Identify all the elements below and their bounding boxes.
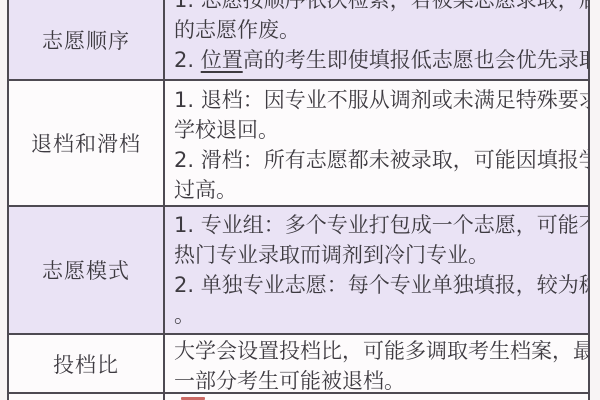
admissions-terms-table: 志愿顺序 1. 志愿按顺序依次检索，若被某志愿录取，后面 的志愿作废。 2. 位… xyxy=(7,0,590,400)
definition-line: 热门专业录取而调剂到冷门专业。 xyxy=(174,240,588,270)
definition-lines: 1. 志愿按顺序依次检索，若被某志愿录取，后面 的志愿作废。 2. 位置高的考生… xyxy=(174,0,588,75)
table-row: 志愿顺序 1. 志愿按顺序依次检索，若被某志愿录取，后面 的志愿作废。 2. 位… xyxy=(9,0,588,81)
term-cell: 志愿模式 xyxy=(9,207,165,333)
definition-line: 2. 滑档：所有志愿都未被录取，可能因填报学校 xyxy=(174,145,588,175)
definition-cell: 1. 志愿按顺序依次检索，若被某志愿录取，后面 的志愿作废。 2. 位置高的考生… xyxy=(165,0,588,79)
definition-cell: 大学会设置投档比，可能多调取考生档案，最后 一部分考生可能被退档。 xyxy=(165,335,588,392)
definition-line: 1. 专业组：多个专业打包成一个志愿，可能不被 xyxy=(174,210,588,240)
definition-line: 的志愿作废。 xyxy=(174,15,588,45)
definition-line: 2. 单独专业志愿：每个专业单独填报，较为稳定 xyxy=(174,270,588,300)
definition-cell: 1. 专业组：多个专业打包成一个志愿，可能不被 热门专业录取而调剂到冷门专业。 … xyxy=(165,207,588,333)
term-cell xyxy=(9,394,165,400)
table-row: 投档比 大学会设置投档比，可能多调取考生档案，最后 一部分考生可能被退档。 xyxy=(9,335,588,394)
definition-line: 大学会设置投档比，可能多调取考生档案，最后 xyxy=(174,336,588,366)
admissions-terms-page: 志愿顺序 1. 志愿按顺序依次检索，若被某志愿录取，后面 的志愿作废。 2. 位… xyxy=(0,0,600,400)
table-row: 志愿模式 1. 专业组：多个专业打包成一个志愿，可能不被 热门专业录取而调剂到冷… xyxy=(9,207,588,335)
term-cell: 投档比 xyxy=(9,335,165,392)
definition-line: 。 xyxy=(174,300,588,330)
definition-line: 一部分考生可能被退档。 xyxy=(174,366,588,392)
underlined-text: 位置 xyxy=(201,48,243,72)
definition-line: 过高。 xyxy=(174,175,588,205)
table-row-cutoff xyxy=(9,394,588,400)
definition-cell xyxy=(165,394,588,400)
term-cell: 志愿顺序 xyxy=(9,0,165,79)
definition-cell: 1. 退档：因专业不服从调剂或未满足特殊要求被 学校退回。 2. 滑档：所有志愿… xyxy=(165,81,588,205)
definition-line: 1. 退档：因专业不服从调剂或未满足特殊要求被 xyxy=(174,85,588,115)
definition-line: 1. 志愿按顺序依次检索，若被某志愿录取，后面 xyxy=(174,0,588,15)
table-row: 退档和滑档 1. 退档：因专业不服从调剂或未满足特殊要求被 学校退回。 2. 滑… xyxy=(9,81,588,207)
line-rest: 高的考生即使填报低志愿也会优先录取。 xyxy=(243,48,588,72)
definition-line: 2. 位置高的考生即使填报低志愿也会优先录取。 xyxy=(174,45,588,75)
definition-line: 学校退回。 xyxy=(174,115,588,145)
line-prefix: 2. xyxy=(174,48,201,72)
term-cell: 退档和滑档 xyxy=(9,81,165,205)
